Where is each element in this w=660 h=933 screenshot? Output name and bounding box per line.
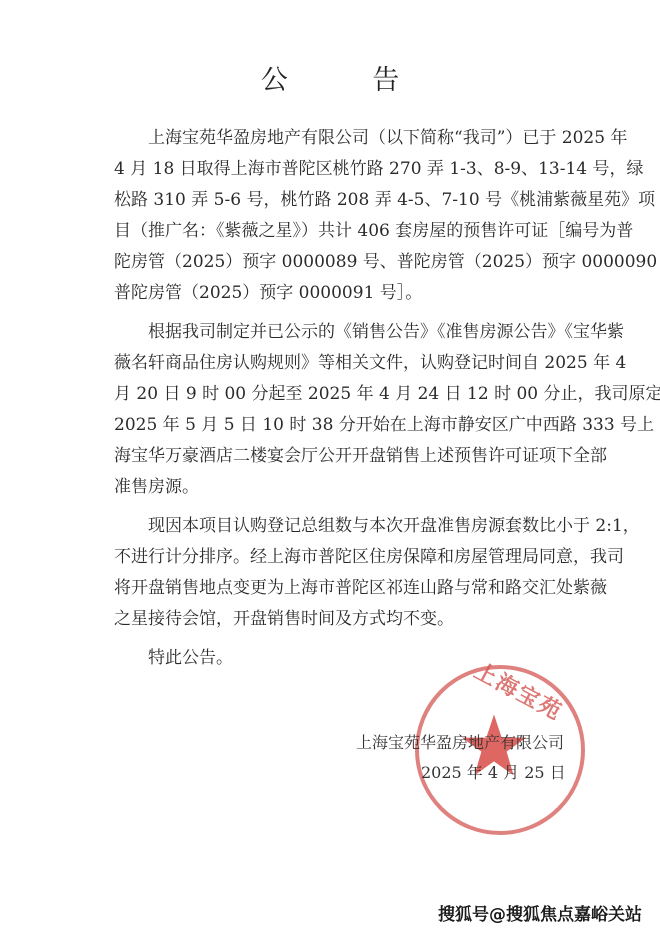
text-line: 4 月 18 日取得上海市普陀区桃竹路 270 弄 1-3、8-9、13-14 … [114,154,570,185]
paragraph-3: 现因本项目认购登记总组数与本次开盘准售房源套数比小于 2:1， 不进行计分排序。… [114,511,570,635]
text-line: 准售房源。 [114,472,570,503]
text-line: 不进行计分排序。经上海市普陀区住房保障和房屋管理局同意，我司 [114,542,570,573]
text-line: 海宝华万豪酒店二楼宴会厅公开开盘销售上述预售许可证项下全部 [114,441,570,472]
paragraph-2: 根据我司制定并已公示的《销售公告》《准售房源公告》《宝华紫 薇名轩商品住房认购规… [114,317,570,503]
text-line: 陀房管（2025）预字 0000089 号、普陀房管（2025）预字 00000… [114,247,570,278]
text-line: 现因本项目认购登记总组数与本次开盘准售房源套数比小于 2:1， [114,511,570,542]
text-line: 2025 年 5 月 5 日 10 时 38 分开始在上海市静安区广中西路 33… [114,410,570,441]
signature-company: 上海宝苑华盈房地产有限公司 [356,728,566,758]
signature-block: 上海宝苑华盈房地产有限公司 2025 年 4 月 25 日 [356,728,566,788]
text-line: 月 20 日 9 时 00 分起至 2025 年 4 月 24 日 12 时 0… [114,379,570,410]
paragraph-1: 上海宝苑华盈房地产有限公司（以下简称“我司”）已于 2025 年 4 月 18 … [114,123,570,309]
text-line: 普陀房管（2025）预字 0000091 号］。 [114,278,570,309]
text-line: 将开盘销售地点变更为上海市普陀区祁连山路与常和路交汇处紫薇 [114,573,570,604]
source-watermark: 搜狐号@搜狐焦点嘉峪关站 [432,898,648,927]
signature-date: 2025 年 4 月 25 日 [356,758,566,788]
document-body: 上海宝苑华盈房地产有限公司（以下简称“我司”）已于 2025 年 4 月 18 … [114,123,570,674]
closing-line: 特此公告。 [114,643,570,674]
text-line: 根据我司制定并已公示的《销售公告》《准售房源公告》《宝华紫 [114,317,570,348]
text-line: 上海宝苑华盈房地产有限公司（以下简称“我司”）已于 2025 年 [114,123,570,154]
text-line: 松路 310 弄 5-6 号，桃竹路 208 弄 4-5、7-10 号《桃浦紫薇… [114,185,570,216]
text-line: 目（推广名：《紫薇之星》）共计 406 套房屋的预售许可证［编号为普 [114,216,570,247]
text-line: 之星接待会馆，开盘销售时间及方式均不变。 [114,604,570,635]
text-line: 薇名轩商品住房认购规则》等相关文件，认购登记时间自 2025 年 4 [114,348,570,379]
paragraph-4: 特此公告。 [114,643,570,674]
document-title: 公 告 [0,58,660,97]
